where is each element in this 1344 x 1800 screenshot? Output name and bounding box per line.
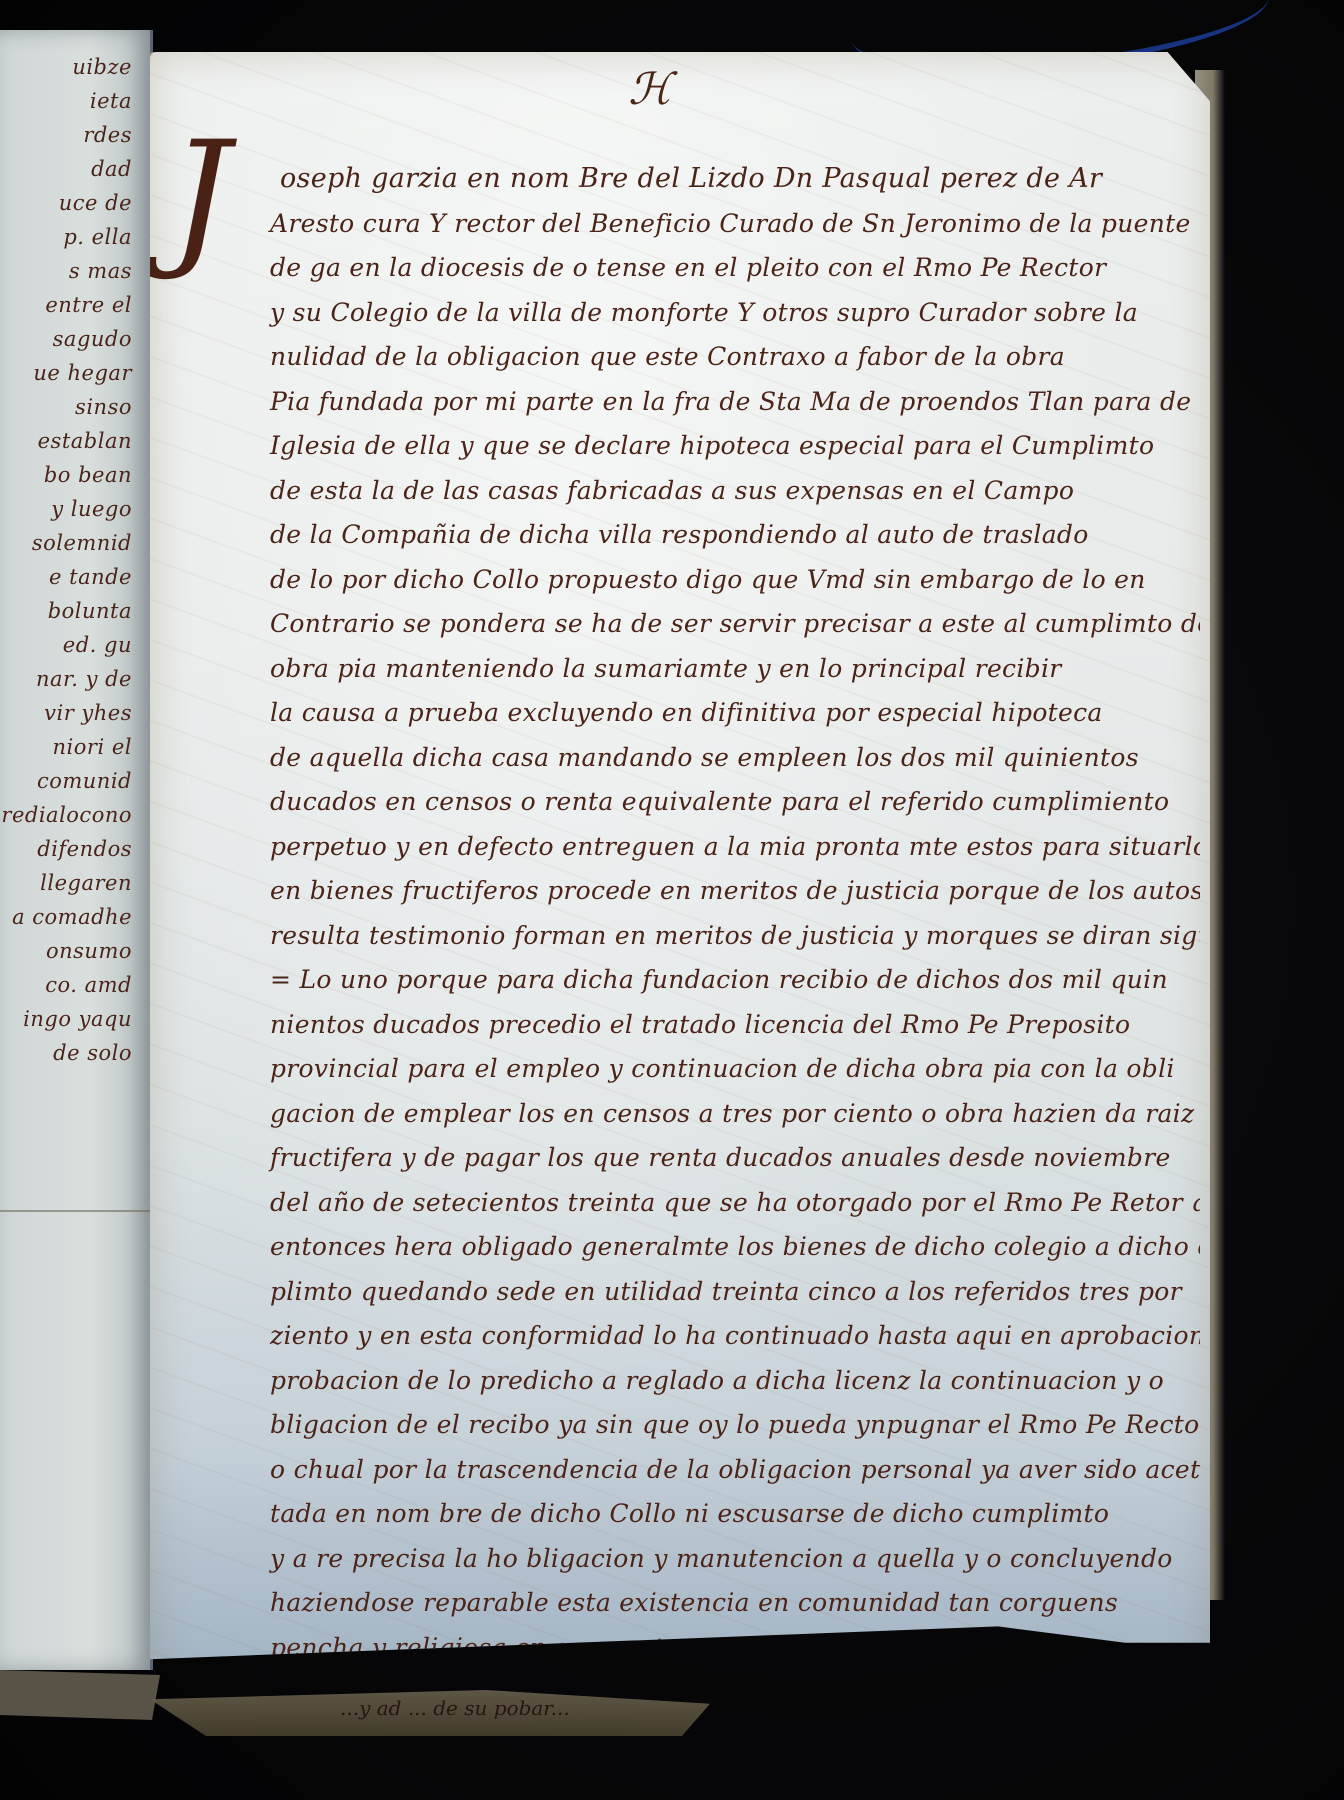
left-facing-page: uibze ieta rdes dad uce de p. ella s mas… (0, 30, 153, 1670)
text-line: fructifera y de pagar los que renta duca… (210, 1136, 1200, 1181)
margin-line: y luego (0, 492, 150, 526)
folio-mark: ℋ (570, 60, 730, 120)
text-line: de la Compañia de dicha villa respondien… (210, 513, 1200, 558)
text-line: oseph garzia en nom Bre del Lizdo Dn Pas… (210, 157, 1200, 202)
text-line: en bienes fructiferos procede en meritos… (210, 869, 1200, 914)
fragment-text: ...y ad ... de su pobar... (340, 1696, 570, 1720)
margin-line: ed. gu (0, 628, 150, 662)
margin-line: llegaren (0, 866, 150, 900)
margin-line: sagudo (0, 322, 150, 356)
text-line: del año de setecientos treinta que se ha… (210, 1181, 1200, 1226)
margin-line: ingo yaqu (0, 1002, 150, 1036)
text-line: nientos ducados precedio el tratado lice… (210, 1003, 1200, 1048)
margin-line: uibze (0, 50, 150, 84)
margin-line: p. ella (0, 220, 150, 254)
text-line: o chual por la trascendencia de la oblig… (210, 1448, 1200, 1493)
margin-line: nar. y de (0, 662, 150, 696)
page-fold-line (0, 1210, 150, 1212)
text-line: nulidad de la obligacion que este Contra… (210, 335, 1200, 380)
margin-line: co. amd (0, 968, 150, 1002)
margin-line: de solo (0, 1036, 150, 1070)
text-line: obra pia manteniendo la sumariamte y en … (210, 647, 1200, 692)
margin-line: dad (0, 152, 150, 186)
text-line: ziento y en esta conformidad lo ha conti… (210, 1314, 1200, 1359)
text-line: de ga en la diocesis de o tense en el pl… (210, 246, 1200, 291)
text-line: Pia fundada por mi parte en la fra de St… (210, 380, 1200, 425)
torn-bottom-fragment: ...y ad ... de su pobar... (150, 1690, 710, 1736)
margin-line: rdes (0, 118, 150, 152)
margin-line: entre el (0, 288, 150, 322)
text-line: probacion de lo predicho a reglado a dic… (210, 1359, 1200, 1404)
text-line: de lo por dicho Collo propuesto digo que… (210, 558, 1200, 603)
margin-line: sinso (0, 390, 150, 424)
margin-line: e tande (0, 560, 150, 594)
text-line: bligacion de el recibo ya sin que oy lo … (210, 1403, 1200, 1448)
margin-line: bo bean (0, 458, 150, 492)
text-line: resulta testimonio forman en meritos de … (210, 914, 1200, 959)
text-line: Aresto cura Y rector del Beneficio Curad… (210, 202, 1200, 247)
text-line: provincial para el empleo y continuacion… (210, 1047, 1200, 1092)
text-line: de esta la de las casas fabricadas a sus… (210, 469, 1200, 514)
text-line: ducados en censos o renta equivalente pa… (210, 780, 1200, 825)
text-line: y su Colegio de la villa de monforte Y o… (210, 291, 1200, 336)
margin-line: niori el (0, 730, 150, 764)
margin-line: establan (0, 424, 150, 458)
margin-line: s mas (0, 254, 150, 288)
text-line: = Lo uno porque para dicha fundacion rec… (210, 958, 1200, 1003)
margin-line: a comadhe (0, 900, 150, 934)
text-line: de aquella dicha casa mandando se emplee… (210, 736, 1200, 781)
text-line: gacion de emplear los en censos a tres p… (210, 1092, 1200, 1137)
text-line: entonces hera obligado generalmte los bi… (210, 1225, 1200, 1270)
margin-line: difendos (0, 832, 150, 866)
text-line: plimto quedando sede en utilidad treinta… (210, 1270, 1200, 1315)
left-page-text: uibze ieta rdes dad uce de p. ella s mas… (0, 50, 150, 1070)
text-line: Contrario se pondera se ha de ser servir… (210, 602, 1200, 647)
text-line: perpetuo y en defecto entreguen a la mia… (210, 825, 1200, 870)
manuscript-text: oseph garzia en nom Bre del Lizdo Dn Pas… (210, 157, 1200, 1670)
margin-line: solemnid (0, 526, 150, 560)
margin-line: redialocono (0, 798, 150, 832)
margin-line: uce de (0, 186, 150, 220)
margin-line: vir yhes (0, 696, 150, 730)
margin-line: comunid (0, 764, 150, 798)
text-line: haziendose reparable esta existencia en … (210, 1581, 1200, 1626)
margin-line: onsumo (0, 934, 150, 968)
text-line: pencha y religiosa en son contrato meram… (210, 1626, 1200, 1671)
manuscript-photo: uibze ieta rdes dad uce de p. ella s mas… (0, 0, 1344, 1800)
main-manuscript-page: ℋ J oseph garzia en nom Bre del Lizdo Dn… (150, 52, 1210, 1692)
margin-line: ieta (0, 84, 150, 118)
text-line: la causa a prueba excluyendo en difiniti… (210, 691, 1200, 736)
left-page-bottom-edge (0, 1670, 160, 1720)
text-line: Iglesia de ella y que se declare hipotec… (210, 424, 1200, 469)
text-line: y a re precisa la ho bligacion y manuten… (210, 1537, 1200, 1582)
margin-line: bolunta (0, 594, 150, 628)
text-line: tada en nom bre de dicho Collo ni escusa… (210, 1492, 1200, 1537)
margin-line: ue hegar (0, 356, 150, 390)
